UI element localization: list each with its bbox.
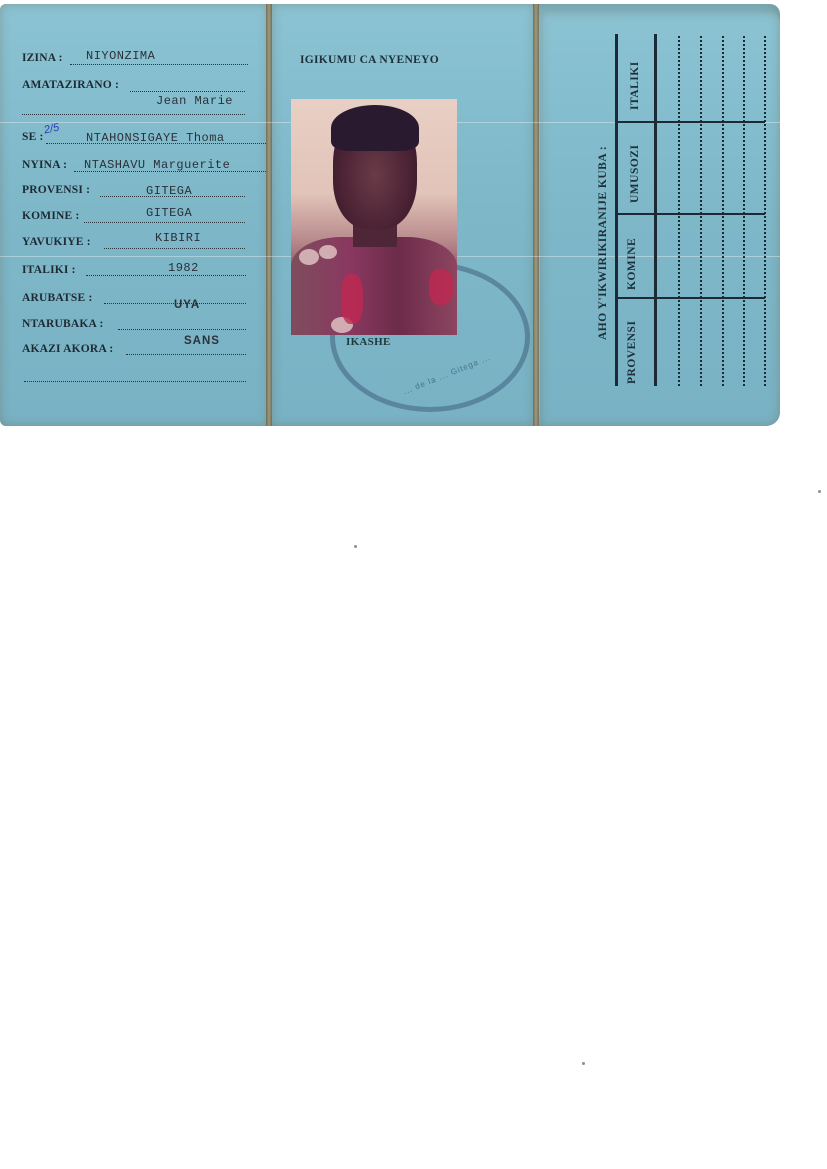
scan-speck — [354, 545, 357, 548]
field-label-amatazirano: AMATAZIRANO : — [22, 79, 119, 91]
field-label-nyina: NYINA : — [22, 159, 67, 171]
field-value-amatazirano: Jean Marie — [156, 94, 233, 108]
field-value-nyina: NTASHAVU Marguerite — [84, 158, 230, 172]
field-value-izina: NIYONZIMA — [86, 49, 155, 63]
field-value-italiki: 1982 — [168, 261, 199, 275]
scan-speck — [582, 1062, 585, 1065]
table-heading: AHO Y'IKWIRIKIRANIJE KUBA : — [597, 146, 609, 340]
dotted-line — [86, 275, 246, 276]
shirt-pattern — [319, 245, 337, 259]
column-header-komine: KOMINE — [626, 238, 638, 290]
field-value-se: NTAHONSIGAYE Thoma — [86, 131, 225, 145]
field-value-provensi: GITEGA — [146, 184, 192, 198]
column-header-italiki: ITALIKI — [629, 61, 641, 110]
field-label-arubatse: ARUBATSE : — [22, 292, 92, 304]
field-value-komine: GITEGA — [146, 206, 192, 220]
column-header-umusozi: UMUSOZI — [629, 145, 641, 203]
field-label-akazi-akora: AKAZI AKORA : — [22, 343, 113, 355]
dotted-line — [70, 64, 248, 65]
table-entry-line — [722, 36, 724, 386]
dotted-line — [104, 248, 245, 249]
shirt-pattern — [429, 269, 453, 305]
field-value-arubatse: UYA — [174, 299, 200, 311]
photo-hair — [331, 105, 419, 151]
table-border — [654, 34, 657, 386]
photo-caption: IKASHE — [346, 336, 391, 348]
column-header-provensi: PROVENSI — [626, 321, 638, 384]
dotted-line — [84, 222, 245, 223]
holder-photo — [291, 99, 457, 335]
field-value-yavukiye: KIBIRI — [155, 231, 201, 245]
shirt-pattern — [341, 274, 363, 324]
scan-speck — [818, 490, 821, 493]
field-label-komine: KOMINE : — [22, 210, 80, 222]
field-label-yavukiye: YAVUKIYE : — [22, 236, 91, 248]
table-entry-line — [743, 36, 745, 386]
field-label-ntarubaka: NTARUBAKA : — [22, 318, 104, 330]
field-label-italiki: ITALIKI : — [22, 264, 76, 276]
shirt-pattern — [299, 249, 319, 265]
field-label-provensi: PROVENSI : — [22, 184, 90, 196]
field-label-se: SE : — [22, 131, 44, 143]
table-border — [615, 34, 618, 386]
fold-crease-right — [533, 4, 539, 426]
field-label-izina: IZINA : — [22, 52, 63, 64]
dotted-line — [22, 114, 245, 115]
dotted-line — [24, 381, 246, 382]
table-entry-line — [700, 36, 702, 386]
table-entry-line — [764, 36, 766, 386]
fold-crease-left — [266, 4, 272, 426]
dotted-line — [126, 354, 246, 355]
photo-section-title: IGIKUMU CA NYENEYO — [300, 54, 439, 66]
dotted-line — [118, 329, 246, 330]
field-value-akazi-akora: SANS — [184, 335, 220, 347]
table-entry-line — [678, 36, 680, 386]
dotted-line — [130, 91, 245, 92]
